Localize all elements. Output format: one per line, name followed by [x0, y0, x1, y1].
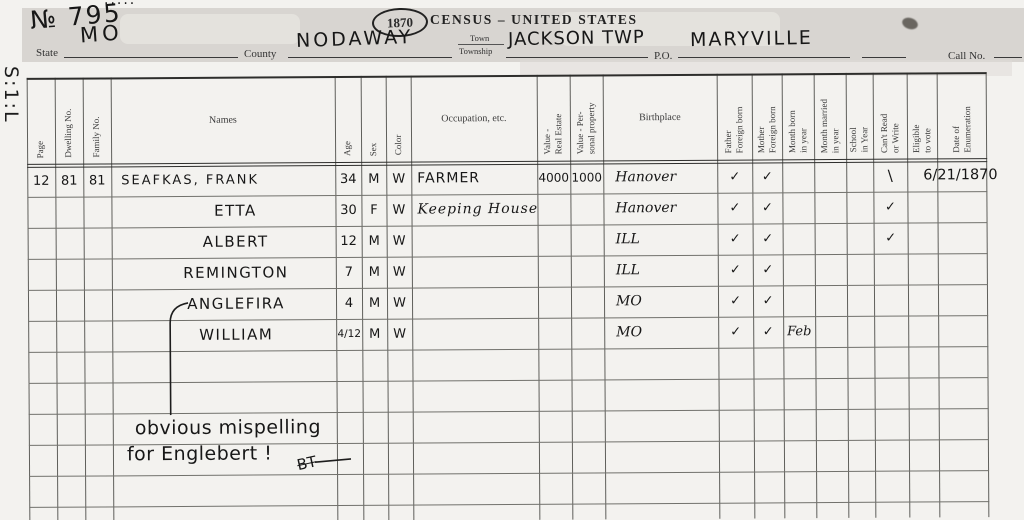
state-value: MO [79, 21, 123, 48]
cell-color: W [386, 195, 411, 226]
col-header-names-label: Names [209, 114, 237, 125]
po-underline-2 [862, 57, 906, 58]
col-header-birthplace: Birthplace [603, 74, 718, 161]
col-header-age: Age [342, 141, 353, 156]
cell-age: 7 [336, 257, 362, 288]
cell-month-born: Feb [783, 316, 815, 347]
county-underline [288, 57, 452, 58]
county-value: NODAWAY [296, 26, 414, 52]
cell-name: WILLIAM [112, 319, 336, 351]
col-header-page: Page [35, 140, 46, 158]
cell-sex: F [361, 195, 386, 226]
cell-sex: M [362, 288, 387, 319]
cell-value-personal: 1000 [570, 162, 603, 193]
cell-color: W [387, 288, 412, 319]
cell-color: W [387, 257, 412, 288]
cell-father-check: ✓ [718, 286, 753, 317]
cell-occupation: FARMER [411, 163, 537, 195]
col-header-mother-foreign-born: Mother Foreign born [756, 107, 779, 154]
col-header-birthplace-label: Birthplace [639, 111, 681, 122]
cell-mother-check: ✓ [753, 285, 783, 316]
col-header-month-born: Month born in year [787, 110, 810, 153]
col-header-value-real-estate: Value - Real Estate [542, 114, 565, 155]
cell-name: REMINGTON [112, 257, 336, 289]
col-header-date-enumeration: Date of Enumeration [951, 106, 974, 153]
pen-scribble: ····· [104, 0, 136, 12]
cell-father-check: ✓ [717, 193, 752, 224]
po-label: P.O. [654, 50, 672, 62]
census-table: Page Dwelling No. Family No. Names Age S… [27, 72, 990, 520]
cell-color: W [387, 319, 412, 350]
cell-age: 34 [335, 164, 361, 195]
col-header-dwelling: Dwelling No. [63, 109, 75, 158]
cell-name: ETTA [111, 195, 335, 227]
col-header-school: School in Year [848, 127, 871, 153]
cell-sex: M [361, 164, 386, 195]
col-header-occupation: Occupation, etc. [411, 75, 538, 162]
state-underline [64, 57, 238, 58]
col-header-color: Color [393, 135, 404, 156]
col-header-eligible-vote: Eligible to vote [911, 124, 934, 153]
col-header-father-foreign-born: Father Foreign born [723, 107, 746, 154]
cell-mother-check: ✓ [753, 223, 783, 254]
cell-father-check: ✓ [717, 162, 752, 193]
cell-value-real-estate: 4000 [537, 163, 570, 194]
cell-birthplace: Hanover [603, 162, 717, 194]
cell-sex: M [362, 226, 387, 257]
col-header-names: Names [111, 76, 336, 163]
col-header-occupation-label: Occupation, etc. [441, 113, 506, 124]
township-value: JACKSON TWP [508, 27, 645, 50]
cell-sex: M [362, 319, 387, 350]
county-label: County [244, 48, 276, 60]
cell-dwelling: 81 [55, 166, 83, 197]
cell-age: 4 [336, 288, 362, 319]
cell-cant-read-mark: \ [873, 161, 907, 192]
census-form-scan: S:1:L № 795 ····· 1870 CENSUS – UNITED S… [0, 0, 1024, 520]
cell-father-check: ✓ [718, 255, 753, 286]
township-label: Township [459, 46, 492, 56]
note-line-2: for Englebert ! [127, 442, 273, 465]
cell-birthplace: MO [604, 286, 718, 318]
cell-cant-read-mark: ✓ [873, 192, 907, 223]
note-line-1: obvious mispelling [135, 416, 321, 439]
cell-name: SEAFKAS, FRANK [111, 164, 345, 196]
state-label: State [36, 47, 58, 59]
call-no-label: Call No. [948, 50, 985, 62]
cell-color: W [386, 164, 411, 195]
cell-father-check: ✓ [718, 317, 753, 348]
col-header-month-married: Month married in year [819, 99, 842, 153]
cell-age: 30 [335, 195, 361, 226]
po-value: MARYVILLE [690, 27, 813, 51]
col-header-sex: Sex [368, 142, 379, 156]
col-header-cant-read-write: Can't Read or Write [879, 113, 902, 153]
cell-color: W [387, 226, 412, 257]
cell-name: ANGLEFIRA [112, 288, 336, 320]
col-header-family: Family No. [91, 116, 103, 157]
cell-family: 81 [83, 165, 111, 196]
cell-father-check: ✓ [718, 224, 753, 255]
cell-mother-check: ✓ [753, 316, 783, 347]
col-header-value-personal: Value - Per- sonal property [575, 103, 598, 155]
cell-age: 12 [336, 226, 362, 257]
cell-birthplace: Hanover [603, 193, 717, 225]
table-row: WILLIAM 4/12 M W MO ✓ ✓ Feb [28, 315, 988, 352]
cell-birthplace: MO [604, 317, 718, 349]
cell-cant-read-mark: ✓ [874, 223, 908, 254]
cell-birthplace: ILL [604, 224, 718, 256]
town-label: Town [470, 33, 489, 43]
cell-mother-check: ✓ [752, 161, 782, 192]
note-initials: BT [295, 452, 318, 474]
scan-light-patch [120, 14, 300, 44]
cell-mother-check: ✓ [753, 254, 783, 285]
cell-birthplace: ILL [604, 255, 718, 287]
cell-sex: M [362, 257, 387, 288]
town-township-divider [458, 44, 504, 45]
cell-age: 4/12 [336, 319, 362, 350]
call-no-underline [994, 57, 1022, 58]
po-underline [678, 57, 850, 58]
cell-occupation: Keeping House [411, 194, 537, 226]
margin-scrawl: S:1:L [0, 66, 22, 181]
cell-page: 12 [27, 166, 55, 197]
cell-date-enumeration: 6/21/1870 [923, 160, 1024, 192]
cell-mother-check: ✓ [752, 192, 782, 223]
form-title: CENSUS – UNITED STATES [430, 12, 638, 28]
cell-name: ALBERT [112, 226, 336, 258]
township-underline [506, 57, 648, 58]
